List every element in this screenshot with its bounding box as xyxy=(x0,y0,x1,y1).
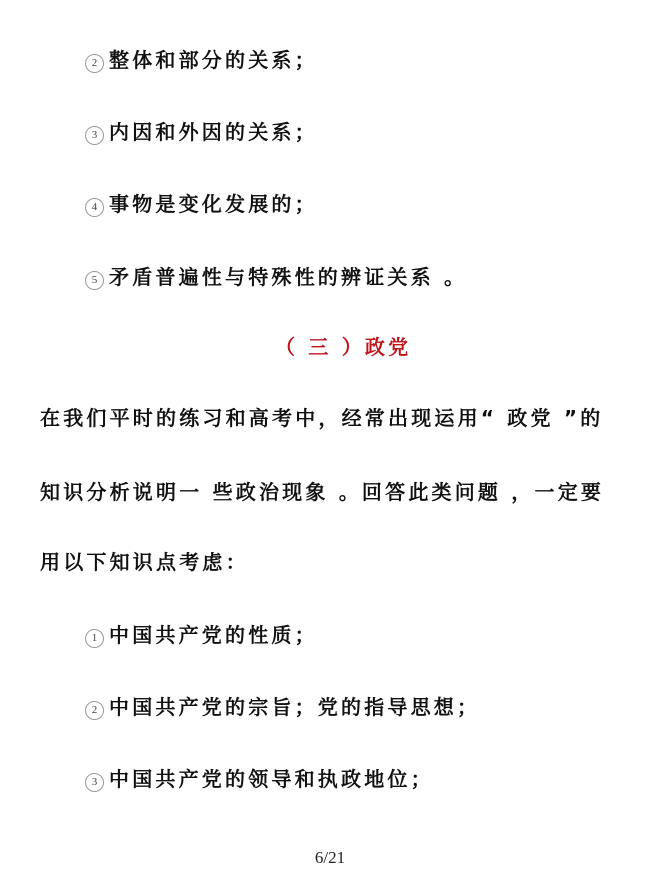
circled-number: 5 xyxy=(85,271,104,290)
page-number: 6/21 xyxy=(0,848,660,868)
circled-number: 4 xyxy=(85,198,104,217)
list-item: 1中国共产党的性质； xyxy=(85,622,318,648)
list-item-text: 内因和外因的关系； xyxy=(109,120,318,144)
list-item: 3内因和外因的关系； xyxy=(85,119,318,145)
list-item-text: 中国共产党的领导和执政地位； xyxy=(109,767,434,791)
circled-number: 1 xyxy=(85,629,104,648)
paragraph-line: 在我们平时的练习和高考中，经常出现运用“ 政党 ”的 xyxy=(40,405,603,431)
circled-number: 3 xyxy=(85,126,104,145)
circled-number: 3 xyxy=(85,773,104,792)
list-item-text: 整体和部分的关系； xyxy=(109,48,318,72)
list-item: 4事物是变化发展的； xyxy=(85,191,318,217)
list-item-text: 事物是变化发展的； xyxy=(109,192,318,216)
list-item: 5矛盾普遍性与特殊性的辨证关系 。 xyxy=(85,264,467,290)
list-item: 2整体和部分的关系； xyxy=(85,47,318,73)
list-item-text: 中国共产党的宗旨；党的指导思想； xyxy=(109,695,480,719)
list-item: 2中国共产党的宗旨；党的指导思想； xyxy=(85,694,480,720)
list-item-text: 矛盾普遍性与特殊性的辨证关系 。 xyxy=(109,265,467,289)
list-item: 3中国共产党的领导和执政地位； xyxy=(85,766,434,792)
paragraph-line: 用以下知识点考虑： xyxy=(40,549,249,575)
paragraph-line: 知识分析说明一 些政治现象 。回答此类问题 ，一定要 xyxy=(40,479,604,505)
section-heading: （ 三 ）政党 xyxy=(275,334,411,360)
circled-number: 2 xyxy=(85,54,104,73)
circled-number: 2 xyxy=(85,701,104,720)
list-item-text: 中国共产党的性质； xyxy=(109,623,318,647)
